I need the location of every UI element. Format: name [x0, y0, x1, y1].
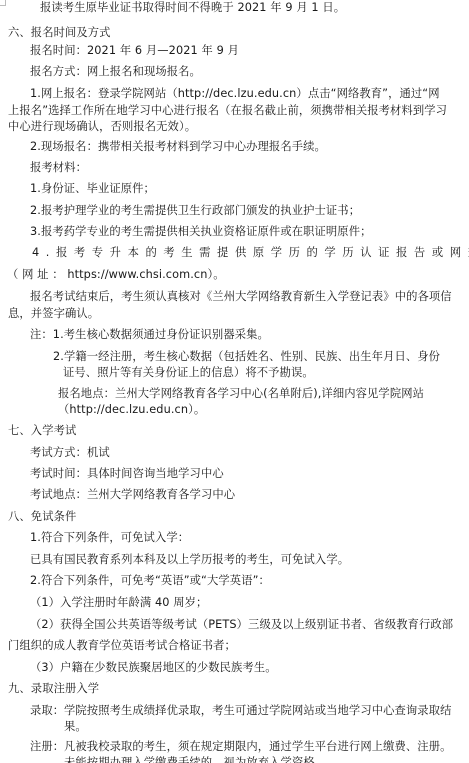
exam-place: 考试地点：兰州大学网络教育各学习中心	[30, 488, 235, 502]
online-registration-line3: 中心进行现场确认，否则报名无效）。	[8, 120, 196, 134]
intro-line: 报读考生原毕业证书取得时间不得晚于 2021 年 9 月 1 日。	[40, 1, 345, 15]
note1: 注：1.考生核心数据须通过身份证识别器采集。	[30, 328, 269, 342]
section6-heading: 六、报名时间及方式	[8, 26, 111, 40]
exemption-condition1-detail: 已具有国民教育系列本科及以上学历报考的考生，可免试入学。	[30, 553, 349, 567]
online-registration-line1: 1.网上报名：登录学院网站（http://dec.lzu.edu.cn）点击“网…	[30, 87, 440, 101]
registration-line1: 凡被我校录取的考生，须在规定期限内，通过学生平台进行网上缴费、注册。	[64, 740, 452, 754]
exemption-condition2-b-line1: （2）获得全国公共英语等级考试（PETS）三级及以上级别证书者、省级教育行政部	[30, 618, 453, 632]
confirm-line2: 息，并签字确认。	[8, 307, 99, 321]
exemption-condition2: 2.符合下列条件，可免考“英语”或“大学英语”：	[30, 574, 270, 588]
section8-heading: 八、免试条件	[8, 510, 76, 524]
section9-heading: 九、录取注册入学	[8, 682, 99, 696]
materials-label: 报考材料：	[30, 161, 87, 175]
admission-label: 录取：	[30, 704, 64, 718]
registration-time: 报名时间：2021 年 6 月—2021 年 9 月	[30, 44, 239, 58]
registration-line2: 未能按期办理入学缴费手续的，视为放弃入学资格。	[64, 756, 326, 763]
exemption-condition1: 1.符合下列条件，可免试入学：	[30, 531, 189, 545]
onsite-registration: 2.现场报名：携带相关报考材料到学习中心办理报名手续。	[30, 140, 326, 154]
location-line2: （http://dec.lzu.edu.cn）。	[58, 403, 205, 417]
note2-line2: 证号、照片等有关身份证上的信息）将不予勘误。	[63, 366, 314, 380]
material-item: 4.报考专升本的考生需提供原学历的学历认证报告或网查结果	[32, 246, 469, 260]
exam-mode: 考试方式：机试	[30, 446, 110, 460]
material-item: 2.报考护理学业的考生需提供卫生行政部门颁发的执业护士证书；	[30, 204, 360, 218]
page-corner-mark	[0, 0, 6, 6]
exemption-condition2-c: （3）户籍在少数民族聚居地区的少数民族考生。	[30, 661, 277, 675]
material-item-continued: （ 网 址 ： https://www.chsi.com.cn）。	[7, 268, 225, 282]
exemption-condition2-a: （1）入学注册时年龄满 40 周岁；	[30, 596, 207, 610]
section7-heading: 七、入学考试	[8, 424, 76, 438]
registration-label: 注册：	[30, 740, 64, 754]
admission-line1: 学院按照考生成绩择优录取，考生可通过学院网站或当地学习中心查询录取结	[64, 704, 452, 718]
online-registration-line2: 上报名”选择工作所在地学习中心进行报名（在报名截止前，须携带相关报考材料到学习	[8, 104, 447, 118]
note2-line1: 2.学籍一经注册，考生核心数据（包括姓名、性别、民族、出生年月日、身份	[53, 350, 440, 364]
registration-method: 报名方式：网上报名和现场报名。	[30, 65, 201, 79]
material-item: 3.报考药学专业的考生需提供相关执业资格证原件或在职证明原件；	[30, 225, 372, 239]
location-line1: 报名地点：兰州大学网络教育各学习中心(名单附后),详细内容见学院网站	[58, 387, 424, 401]
exam-time: 考试时间：具体时间咨询当地学习中心	[30, 467, 224, 481]
material-item: 1.身份证、毕业证原件；	[30, 182, 155, 196]
exemption-condition2-b-line2: 门组织的成人教育学位英语考试合格证书者；	[8, 639, 236, 653]
confirm-line1: 报名考试结束后，考生须认真核对《兰州大学网络教育新生入学登记表》中的各项信	[30, 290, 452, 304]
admission-line2: 果。	[64, 720, 87, 734]
